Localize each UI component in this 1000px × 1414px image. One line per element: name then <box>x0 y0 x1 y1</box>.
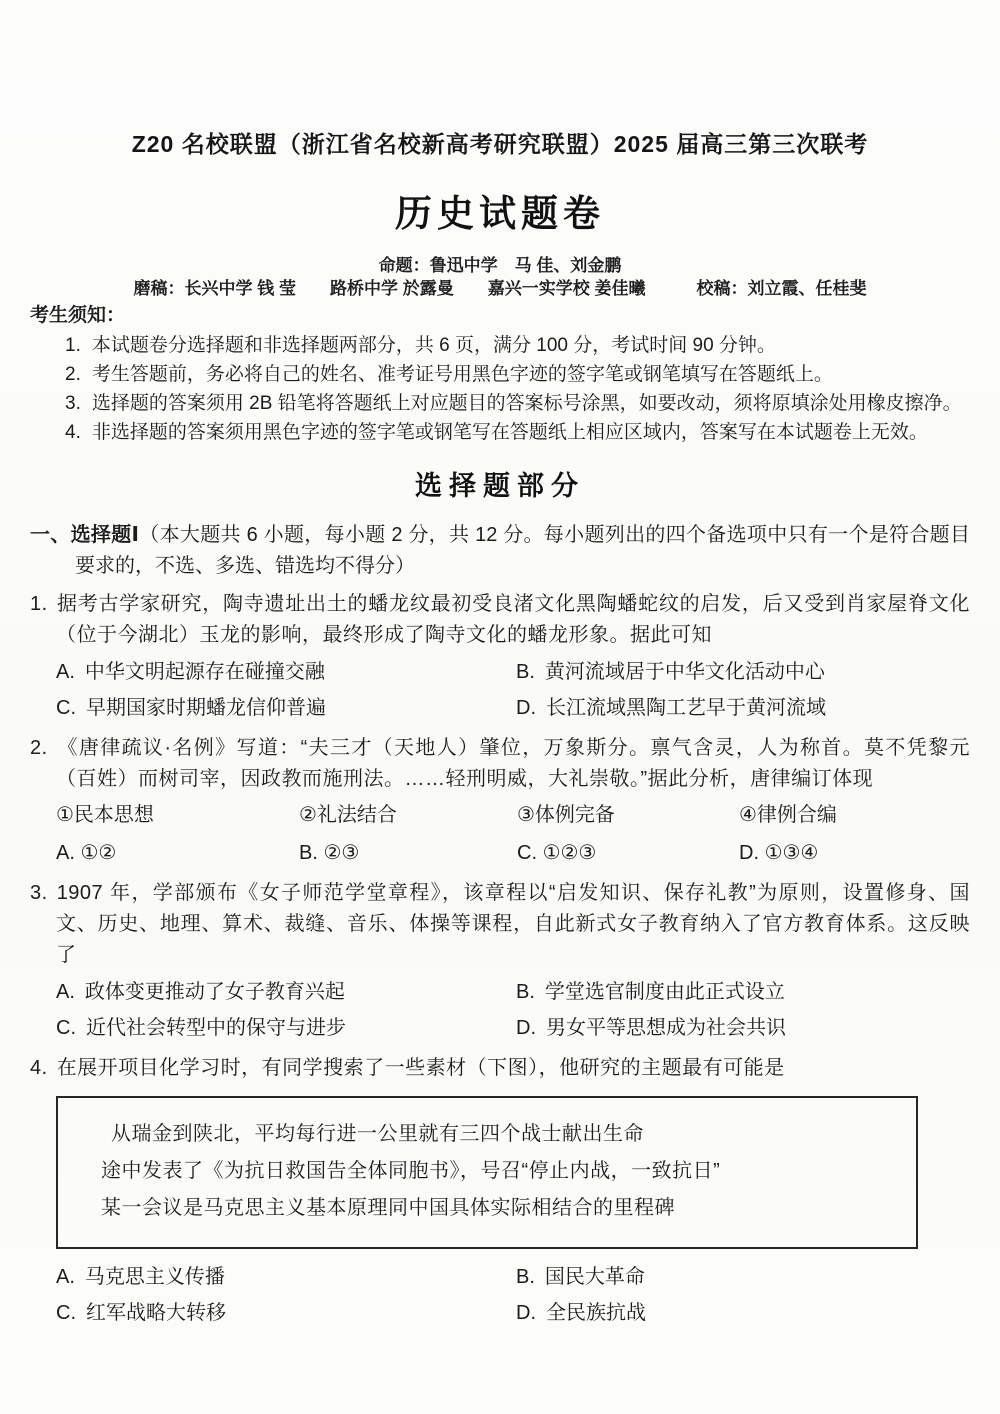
option-text: 黄河流域居于中华文化活动中心 <box>545 661 825 683</box>
question-number: 2. <box>30 737 48 759</box>
notice-item-number: 1. <box>65 335 81 356</box>
option-d: D.全民族抗战 <box>516 1295 970 1331</box>
option-d: D.长江流域黑陶工艺早于黄河流域 <box>516 690 970 726</box>
option-a: A.中华文明起源存在碰撞交融 <box>56 654 516 690</box>
question-number: 3. <box>30 882 48 904</box>
notice-item: 3.选择题的答案须用 2B 铅笔将答题纸上对应题目的答案标号涂黑，如要改动，须将… <box>65 389 970 418</box>
subitem-1: ①民本思想 <box>56 798 299 833</box>
question-stem-text: 1907 年，学部颁布《女子师范学堂章程》，该章程以“启发知识、保存礼教”为原则… <box>56 882 970 966</box>
option-label: A. <box>56 1266 75 1288</box>
material-line: 途中发表了《为抗日救国告全体同胞书》，号召“停止内战，一致抗日” <box>101 1153 892 1190</box>
notice-item: 4.非选择题的答案须用黑色字迹的签字笔或钢笔写在答题纸上相应区域内，答案写在本试… <box>65 418 970 447</box>
option-label: D. <box>739 842 759 864</box>
option-text: ②③ <box>323 842 359 864</box>
paper-title: 历史试题卷 <box>30 183 970 237</box>
section-intro-lead: 一、选择题Ⅰ <box>30 524 139 546</box>
material-line: 从瑞金到陕北，平均每行进一公里就有三四个战士献出生命 <box>101 1116 892 1153</box>
option-label: C. <box>56 697 76 719</box>
question-3: 3.1907 年，学部颁布《女子师范学堂章程》，该章程以“启发知识、保存礼教”为… <box>30 878 970 1046</box>
question-4-stem: 4.在展开项目化学习时，有同学搜索了一些素材（下图），他研究的主题最有可能是 <box>30 1053 970 1084</box>
option-a: A. ①② <box>56 836 299 871</box>
subitem-2: ②礼法结合 <box>299 798 517 833</box>
option-label: A. <box>56 842 75 864</box>
question-3-stem: 3.1907 年，学部颁布《女子师范学堂章程》，该章程以“启发知识、保存礼教”为… <box>30 878 970 971</box>
option-c: C.近代社会转型中的保守与进步 <box>56 1010 516 1046</box>
option-b: B.国民大革命 <box>516 1259 970 1295</box>
option-b: B.黄河流域居于中华文化活动中心 <box>516 654 970 690</box>
notice-item: 1.本试题卷分选择题和非选择题两部分，共 6 页，满分 100 分，考试时间 9… <box>65 331 970 360</box>
question-4: 4.在展开项目化学习时，有同学搜索了一些素材（下图），他研究的主题最有可能是 从… <box>30 1053 970 1331</box>
notice-item: 2.考生答题前，务必将自己的姓名、准考证号用黑色字迹的签字笔或钢笔填写在答题纸上… <box>65 360 970 389</box>
question-2-stem: 2.《唐律疏议·名例》写道：“夫三才（天地人）肇位，万象斯分。禀气含灵，人为称首… <box>30 733 970 795</box>
exam-paper-page: Z20 名校联盟（浙江省名校新高考研究联盟）2025 届高三第三次联考 历史试题… <box>0 0 1000 1414</box>
question-1: 1.据考古学家研究，陶寺遗址出土的蟠龙纹最初受良渚文化黑陶蟠蛇纹的启发，后又受到… <box>30 589 970 726</box>
question-stem-text: 《唐律疏议·名例》写道：“夫三才（天地人）肇位，万象斯分。禀气含灵，人为称首。莫… <box>56 737 970 790</box>
subitem-4: ④律例合编 <box>739 798 970 833</box>
option-c: C.红军战略大转移 <box>56 1295 516 1331</box>
option-text: ①② <box>80 842 116 864</box>
subitem-3: ③体例完备 <box>517 798 739 833</box>
option-label: B. <box>516 1266 535 1288</box>
option-c: C. ①②③ <box>517 836 739 871</box>
section-intro-rest: （本大题共 6 小题，每小题 2 分，共 12 分。每小题列出的四个备选项中只有… <box>75 524 970 577</box>
option-label: D. <box>516 697 536 719</box>
league-title: Z20 名校联盟（浙江省名校新高考研究联盟）2025 届高三第三次联考 <box>30 126 970 159</box>
notice-item-number: 2. <box>65 364 81 385</box>
option-text: 男女平等思想成为社会共识 <box>546 1017 786 1039</box>
option-b: B.学堂选官制度由此正式设立 <box>516 974 970 1010</box>
option-text: 红军战略大转移 <box>86 1302 226 1324</box>
option-label: B. <box>516 661 535 683</box>
option-text: 早期国家时期蟠龙信仰普遍 <box>86 697 326 719</box>
option-c: C.早期国家时期蟠龙信仰普遍 <box>56 690 516 726</box>
option-label: C. <box>517 842 537 864</box>
option-label: D. <box>516 1302 536 1324</box>
option-text: 马克思主义传播 <box>85 1266 225 1288</box>
notice-item-text: 选择题的答案须用 2B 铅笔将答题纸上对应题目的答案标号涂黑，如要改动，须将原填… <box>92 393 962 414</box>
option-d: D.男女平等思想成为社会共识 <box>516 1010 970 1046</box>
option-label: B. <box>299 842 318 864</box>
question-stem-text: 据考古学家研究，陶寺遗址出土的蟠龙纹最初受良渚文化黑陶蟠蛇纹的启发，后又受到肖家… <box>56 593 970 646</box>
option-text: 学堂选官制度由此正式设立 <box>545 981 785 1003</box>
option-label: C. <box>56 1017 76 1039</box>
option-b: B. ②③ <box>299 836 517 871</box>
notice-item-number: 4. <box>65 422 81 443</box>
question-3-options: A.政体变更推动了女子教育兴起 B.学堂选官制度由此正式设立 C.近代社会转型中… <box>56 974 970 1046</box>
option-text: 全民族抗战 <box>546 1302 646 1324</box>
option-text: 长江流域黑陶工艺早于黄河流域 <box>546 697 826 719</box>
option-text: 近代社会转型中的保守与进步 <box>86 1017 346 1039</box>
section-intro: 一、选择题Ⅰ（本大题共 6 小题，每小题 2 分，共 12 分。每小题列出的四个… <box>30 520 970 582</box>
question-number: 4. <box>30 1057 48 1079</box>
section-title: 选择题部分 <box>30 464 970 503</box>
notice-item-number: 3. <box>65 393 81 414</box>
option-text: 政体变更推动了女子教育兴起 <box>85 981 345 1003</box>
notice-item-text: 考生答题前，务必将自己的姓名、准考证号用黑色字迹的签字笔或钢笔填写在答题纸上。 <box>92 364 833 385</box>
option-text: ①③④ <box>765 842 819 864</box>
option-label: A. <box>56 981 75 1003</box>
option-text: 中华文明起源存在碰撞交融 <box>85 661 325 683</box>
notice-title: 考生须知： <box>30 303 970 329</box>
notice-item-text: 本试题卷分选择题和非选择题两部分，共 6 页，满分 100 分，考试时间 90 … <box>92 335 776 356</box>
notice-item-text: 非选择题的答案须用黑色字迹的签字笔或钢笔写在答题纸上相应区域内，答案写在本试题卷… <box>92 422 928 443</box>
source-material-box: 从瑞金到陕北，平均每行进一公里就有三四个战士献出生命 途中发表了《为抗日救国告全… <box>56 1096 918 1249</box>
option-d: D. ①③④ <box>739 836 970 871</box>
reviewers-line: 磨稿：长兴中学 钱 莹 路桥中学 於露曼 嘉兴一实学校 姜佳曦 校稿：刘立霞、任… <box>30 277 970 300</box>
question-2-options: A. ①② B. ②③ C. ①②③ D. ①③④ <box>56 836 970 871</box>
option-label: A. <box>56 661 75 683</box>
question-4-options: A.马克思主义传播 B.国民大革命 C.红军战略大转移 D.全民族抗战 <box>56 1259 970 1331</box>
question-number: 1. <box>30 593 48 615</box>
setters-line: 命题：鲁迅中学 马 佳、刘金鹏 <box>30 254 970 277</box>
option-a: A.马克思主义传播 <box>56 1259 516 1295</box>
option-label: D. <box>516 1017 536 1039</box>
material-line: 某一会议是马克思主义基本原理同中国具体实际相结合的里程碑 <box>101 1190 892 1227</box>
option-label: C. <box>56 1302 76 1324</box>
question-stem-text: 在展开项目化学习时，有同学搜索了一些素材（下图），他研究的主题最有可能是 <box>57 1057 785 1079</box>
option-a: A.政体变更推动了女子教育兴起 <box>56 974 516 1010</box>
notice-list: 1.本试题卷分选择题和非选择题两部分，共 6 页，满分 100 分，考试时间 9… <box>30 331 970 447</box>
option-text: ①②③ <box>543 842 597 864</box>
question-2-subitems: ①民本思想 ②礼法结合 ③体例完备 ④律例合编 <box>56 798 970 833</box>
option-label: B. <box>516 981 535 1003</box>
option-text: 国民大革命 <box>545 1266 645 1288</box>
question-1-options: A.中华文明起源存在碰撞交融 B.黄河流域居于中华文化活动中心 C.早期国家时期… <box>56 654 970 726</box>
question-2: 2.《唐律疏议·名例》写道：“夫三才（天地人）肇位，万象斯分。禀气含灵，人为称首… <box>30 733 970 871</box>
question-1-stem: 1.据考古学家研究，陶寺遗址出土的蟠龙纹最初受良渚文化黑陶蟠蛇纹的启发，后又受到… <box>30 589 970 651</box>
